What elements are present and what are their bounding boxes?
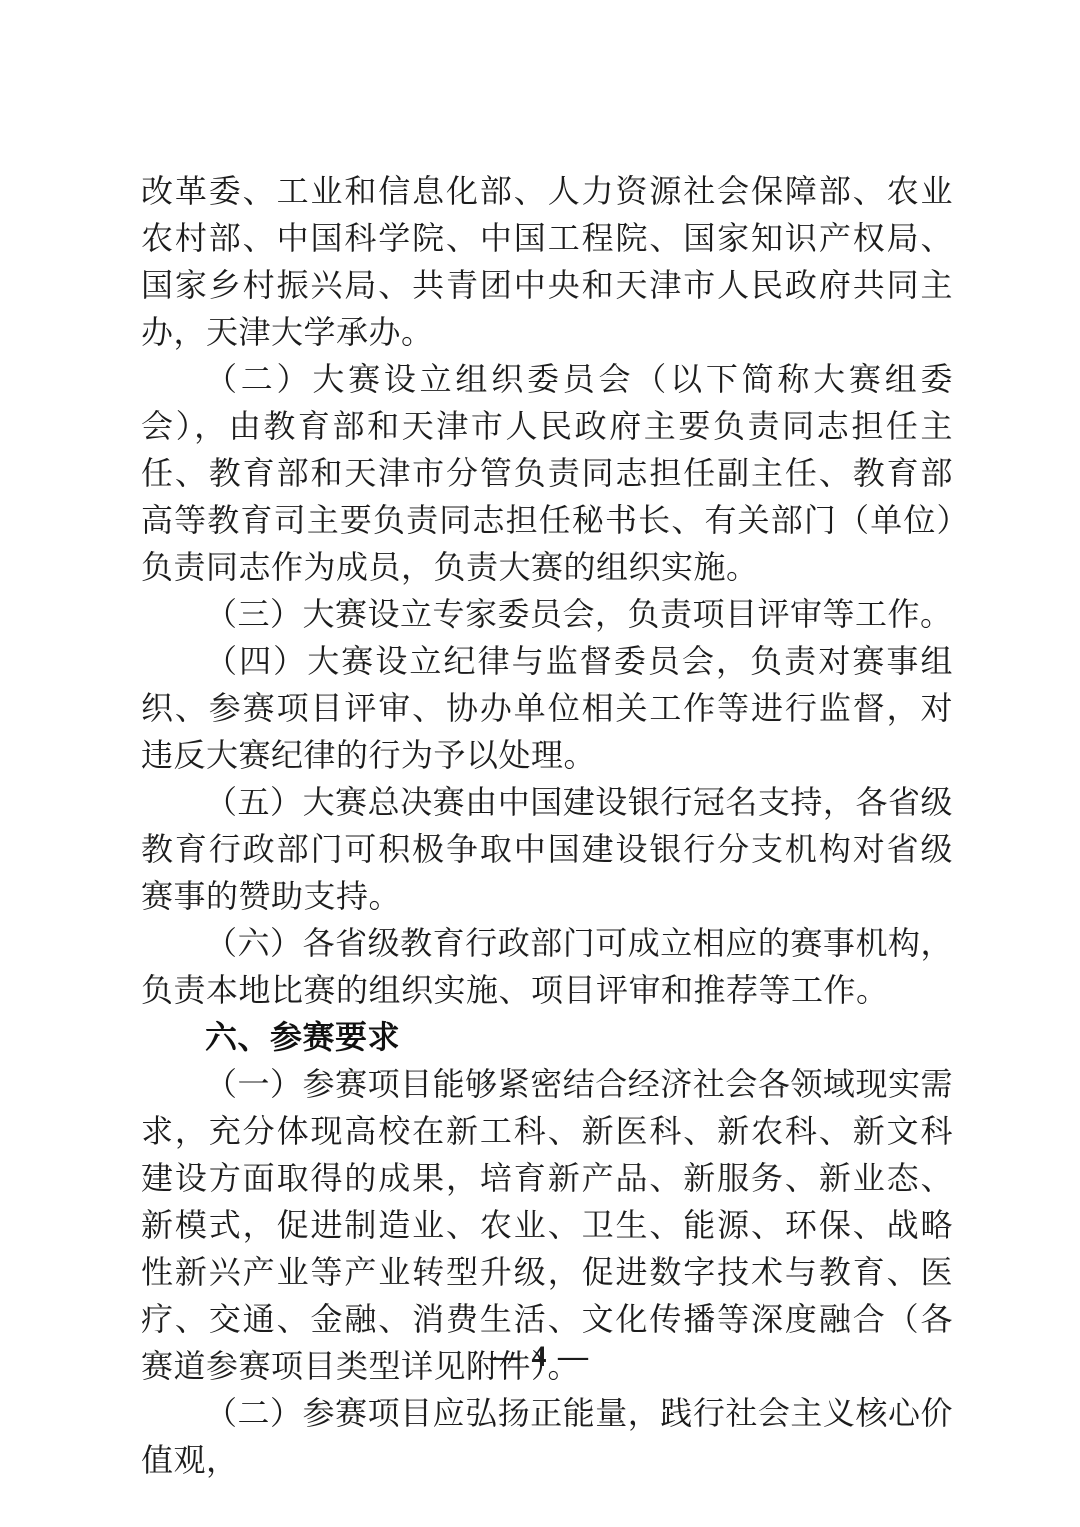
paragraph-organizing-committee: （二）大赛设立组织委员会（以下简称大赛组委会），由教育部和天津市人民政府主要负责…	[141, 356, 953, 591]
paragraph-hosting-units-continuation: 改革委、工业和信息化部、人力资源社会保障部、农业农村部、中国科学院、中国工程院、…	[141, 168, 953, 356]
paragraph-bank-sponsorship: （五）大赛总决赛由中国建设银行冠名支持，各省级教育行政部门可积极争取中国建设银行…	[141, 779, 953, 920]
paragraph-discipline-committee: （四）大赛设立纪律与监督委员会，负责对赛事组织、参赛项目评审、协办单位相关工作等…	[141, 638, 953, 779]
paragraph-provincial-bodies: （六）各省级教育行政部门可成立相应的赛事机构，负责本地比赛的组织实施、项目评审和…	[141, 920, 953, 1014]
section-heading-entry-requirements: 六、参赛要求	[141, 1014, 953, 1061]
document-body: 改革委、工业和信息化部、人力资源社会保障部、农业农村部、中国科学院、中国工程院、…	[141, 168, 953, 1484]
page-number: — 4 —	[0, 1340, 1080, 1374]
document-page: 改革委、工业和信息化部、人力资源社会保障部、农业农村部、中国科学院、中国工程院、…	[0, 0, 1080, 1527]
paragraph-expert-committee: （三）大赛设立专家委员会，负责项目评审等工作。	[141, 591, 953, 638]
paragraph-requirement-values: （二）参赛项目应弘扬正能量，践行社会主义核心价值观，	[141, 1390, 953, 1484]
